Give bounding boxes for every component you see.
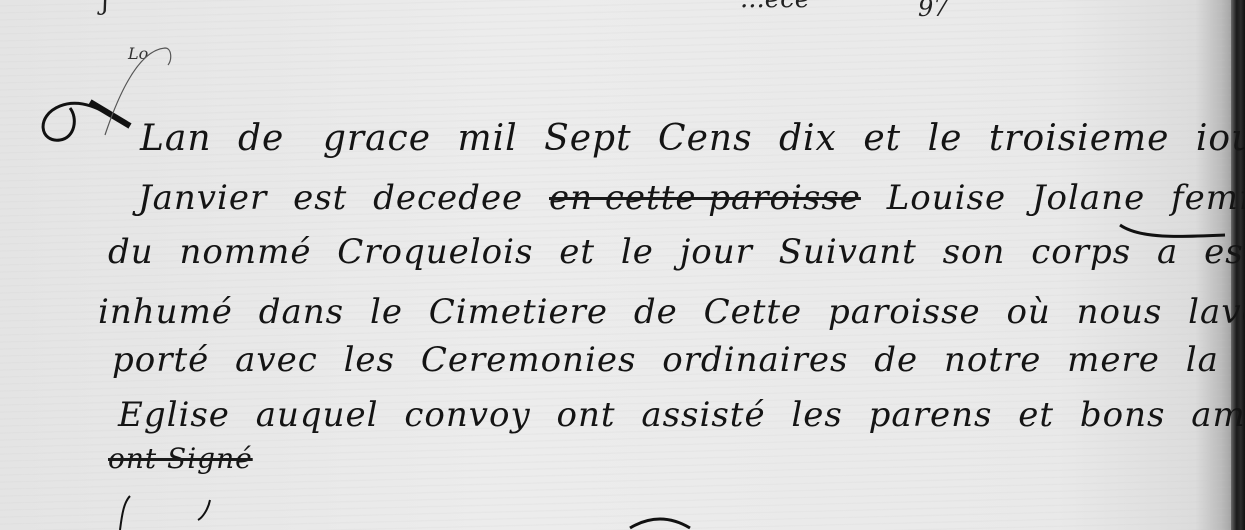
word: notre (944, 340, 1041, 380)
word: dix (779, 118, 837, 159)
word: dans (259, 292, 344, 332)
line-3: du nommé Croquelois et le jour Suivant s… (108, 232, 1245, 272)
word: de (238, 118, 284, 159)
word: Suivant (779, 232, 917, 272)
word: nommé (179, 232, 311, 272)
line-4: inhumé dans le Cimetiere de Cette parois… (98, 292, 1245, 332)
word: esté (1204, 232, 1245, 272)
word: Ceremonies (421, 340, 637, 380)
word: la (1186, 340, 1219, 380)
word: assisté (641, 395, 765, 435)
word: lavons (1188, 292, 1245, 332)
word: bons (1080, 395, 1166, 435)
word: est (293, 178, 347, 218)
word: de (874, 340, 918, 380)
word: troisieme (989, 118, 1170, 159)
page-number: 97 (918, 0, 949, 22)
word: où (1006, 292, 1050, 332)
word: amis (1191, 395, 1245, 435)
word: les (791, 395, 842, 435)
line-7-struck: ont Signé (108, 442, 253, 475)
word: ont (556, 395, 615, 435)
word: son (943, 232, 1006, 272)
word: corps (1031, 232, 1131, 272)
word: Eglise (118, 395, 230, 435)
word: iour (1196, 118, 1245, 159)
word: Louise (887, 178, 1006, 218)
word: Croquelois (337, 232, 533, 272)
word: Lan (140, 118, 212, 159)
word: a (1157, 232, 1178, 272)
word: auquel (256, 395, 379, 435)
word: avec (235, 340, 318, 380)
word: le (370, 292, 403, 332)
word: Cette (704, 292, 803, 332)
top-left-stroke-fragment: ʃ (102, 0, 109, 16)
word: Sept (544, 118, 631, 159)
word: parens (869, 395, 993, 435)
word: et (1018, 395, 1054, 435)
word: du (108, 232, 154, 272)
word: Cimetiere (429, 292, 608, 332)
word: et (559, 232, 595, 272)
word: jour (680, 232, 753, 272)
manuscript-page: ʃ ...ece 97 Lo Lan de grace mil Sept Cen… (0, 0, 1245, 530)
word: grace (323, 118, 431, 159)
word: ordinaires (662, 340, 848, 380)
line-2: Janvier est decedee en cette paroisse Lo… (138, 178, 1245, 218)
word: nous (1077, 292, 1163, 332)
line-6: Eglise auquel convoy ont assisté les par… (118, 395, 1245, 435)
word: le (928, 118, 963, 159)
word: mil (457, 118, 517, 159)
word: convoy (404, 395, 530, 435)
struck-text: en cette paroisse (549, 178, 861, 218)
word: et (863, 118, 901, 159)
word: decedee (373, 178, 523, 218)
line-1: Lan de grace mil Sept Cens dix et le tro… (140, 118, 1245, 159)
word: Cens (658, 118, 753, 159)
word: le (621, 232, 654, 272)
word: de (634, 292, 678, 332)
word: Janvier (138, 178, 267, 218)
word: inhumé (98, 292, 233, 332)
word: mere (1067, 340, 1160, 380)
bottom-center-stroke-fragment (620, 510, 720, 530)
word: porté (112, 340, 209, 380)
word: paroisse (828, 292, 981, 332)
word: les (344, 340, 395, 380)
line-5: porté avec les Ceremonies ordinaires de … (112, 340, 1245, 380)
bottom-stroke-fragment (90, 490, 290, 530)
top-center-fragment: ...ece (740, 0, 810, 14)
